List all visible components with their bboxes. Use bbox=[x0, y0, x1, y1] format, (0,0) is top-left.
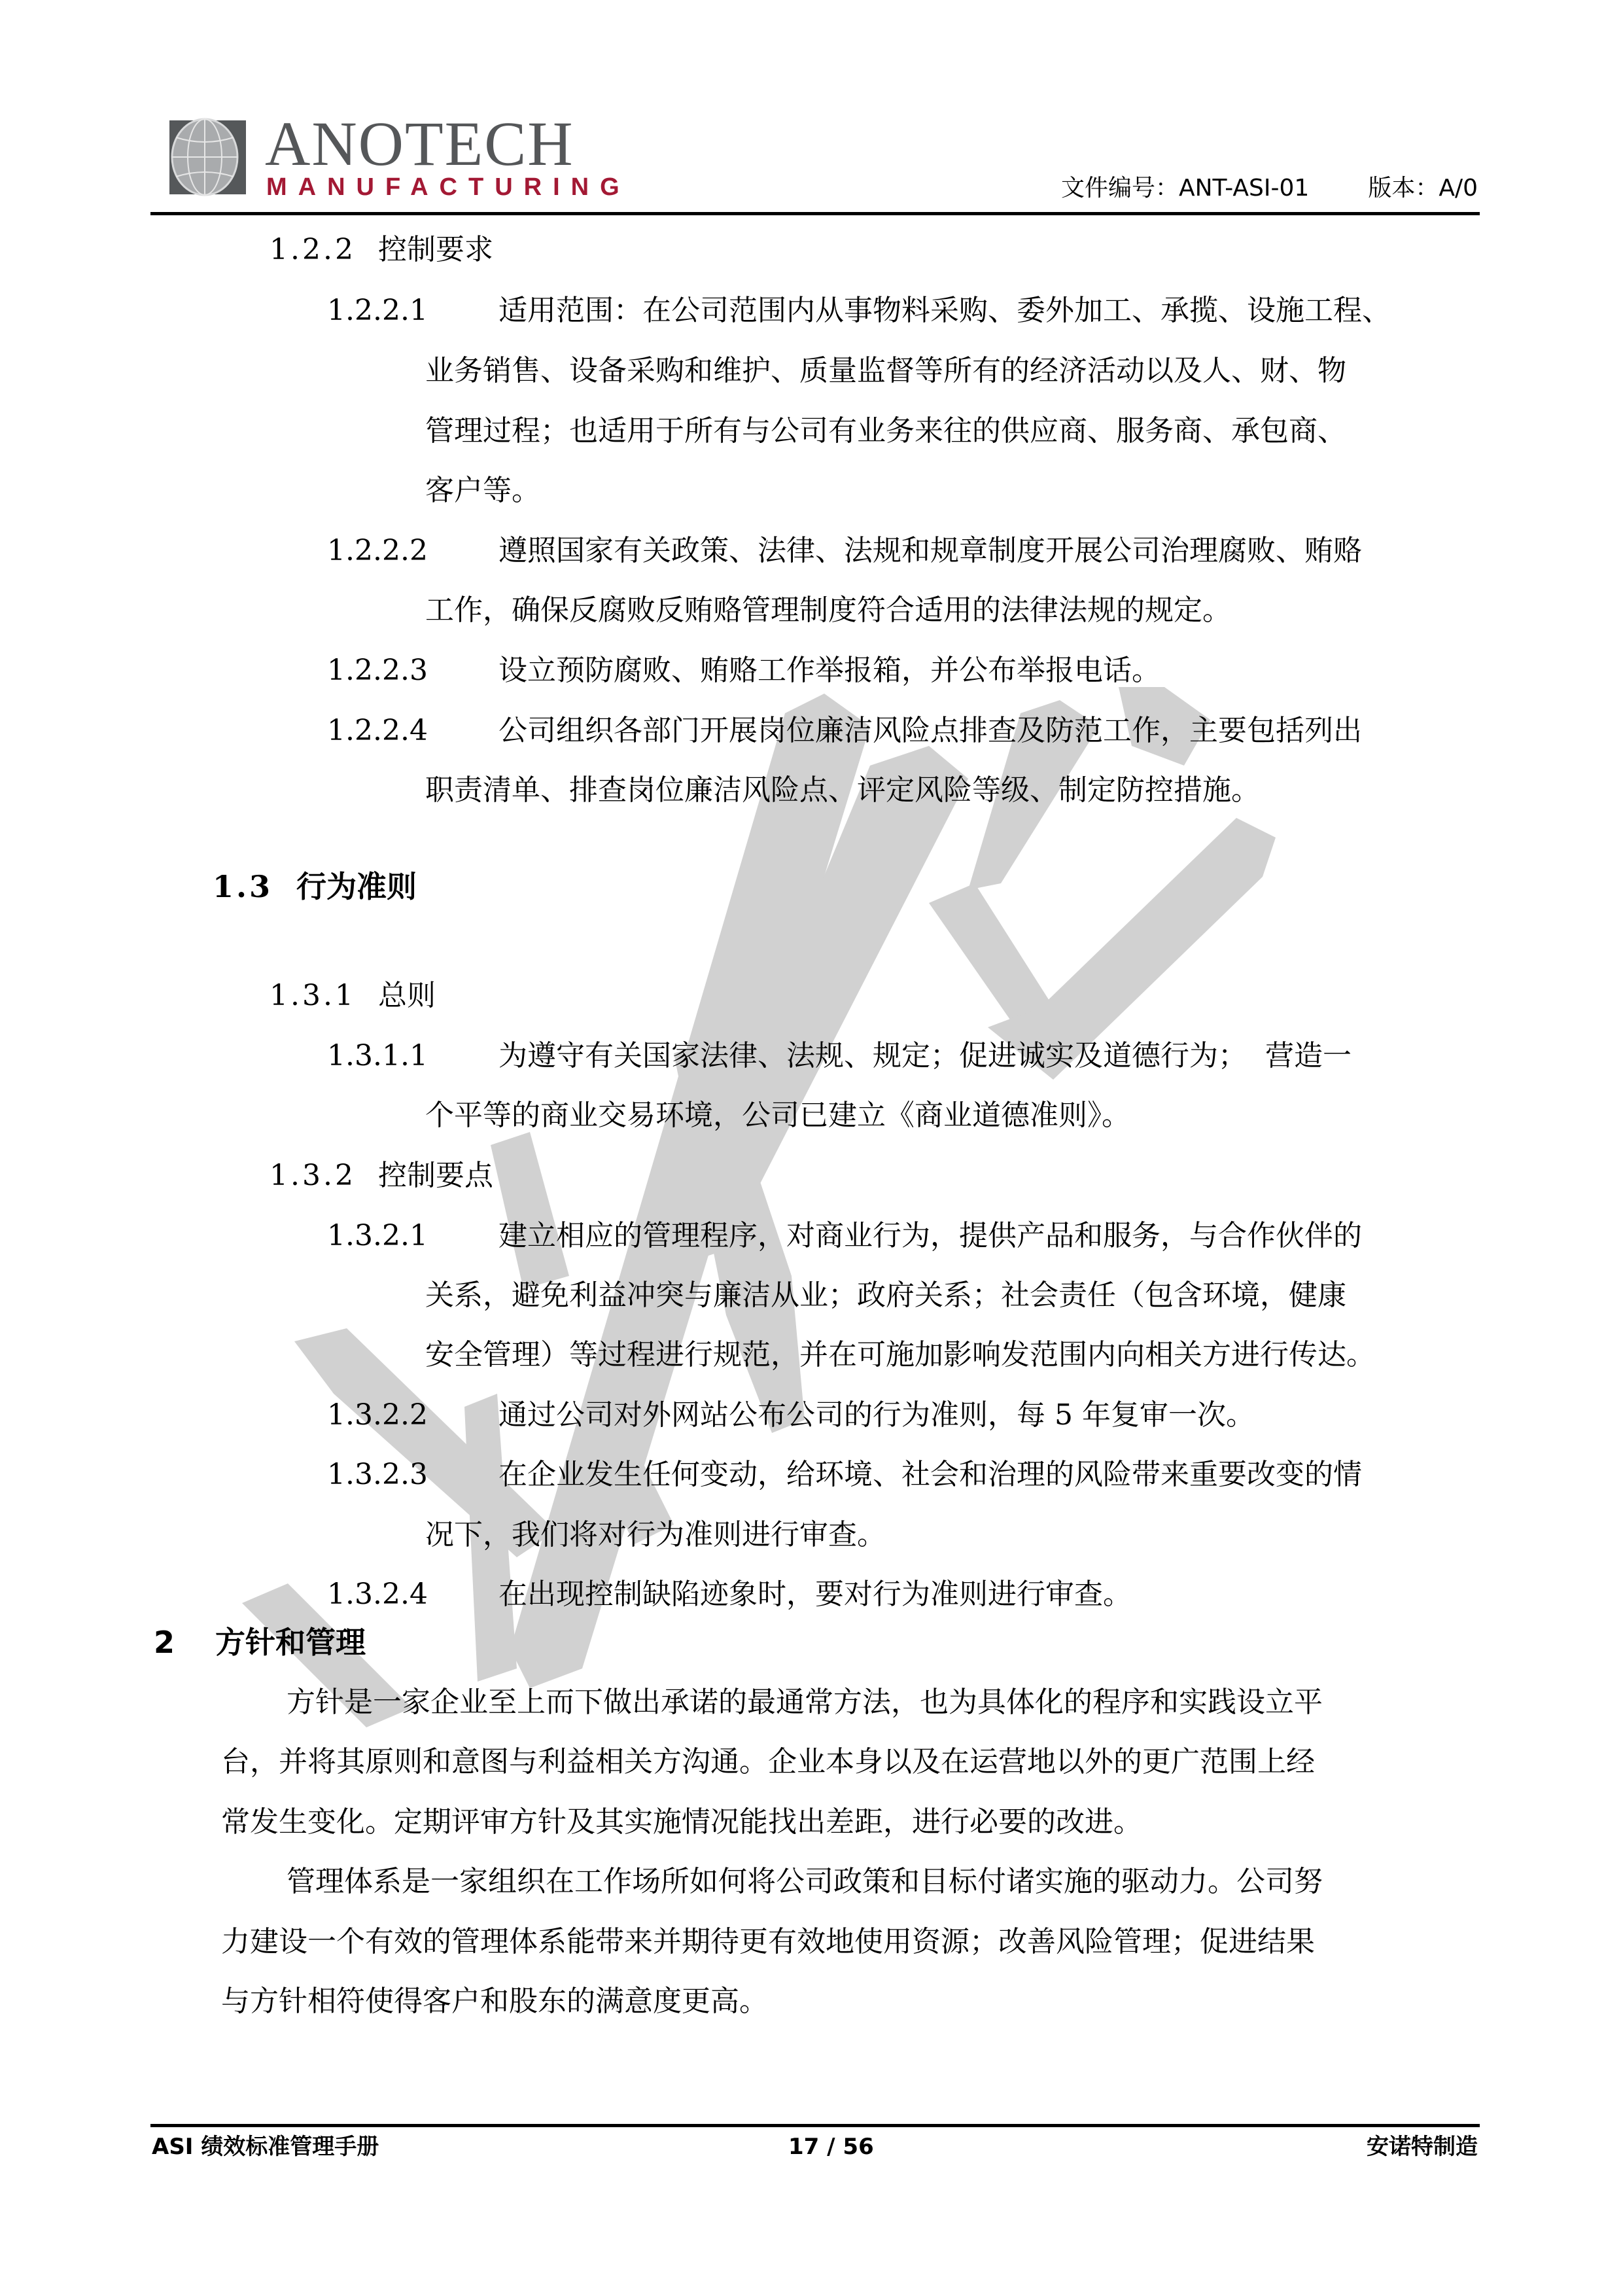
item-num-1-2-2-4: 1.2.2.4 bbox=[327, 711, 428, 751]
item-1-3-2-3-line-2: 况下，我们将对行为准则进行审查。 bbox=[425, 1515, 886, 1555]
para-2-2-line-3: 与方针相符使得客户和股东的满意度更高。 bbox=[221, 1982, 768, 2021]
item-1-3-2-3-line-1: 在企业发生任何变动，给环境、社会和治理的风险带来重要改变的情 bbox=[498, 1455, 1362, 1494]
version-value: A/0 bbox=[1439, 175, 1478, 202]
footer-company: 安诺特制造 bbox=[1367, 2133, 1478, 2161]
item-1-2-2-3-line-1: 设立预防腐败、贿赂工作举报箱，并公布举报电话。 bbox=[498, 651, 1161, 690]
logo-name: ANOTECH bbox=[265, 111, 574, 177]
company-logo: ANOTECH MANUFACTURING bbox=[167, 116, 572, 202]
item-num-1-3-1-1: 1.3.1.1 bbox=[327, 1036, 428, 1076]
item-num-1-2-2-1: 1.2.2.1 bbox=[327, 291, 428, 330]
item-1-2-2-1-line-4: 客户等。 bbox=[425, 471, 540, 510]
footer-divider bbox=[150, 2124, 1480, 2127]
doc-number: ANT-ASI-01 bbox=[1179, 175, 1309, 202]
item-num-1-3-2-3: 1.3.2.3 bbox=[327, 1455, 428, 1494]
item-1-3-2-1-line-3: 安全管理）等过程进行规范，并在可施加影响发范围内向相关方进行传达。 bbox=[425, 1335, 1375, 1375]
heading-1-3-2: 1.3.2控制要点 bbox=[270, 1156, 493, 1195]
item-num-1-2-2-2: 1.2.2.2 bbox=[327, 531, 428, 571]
heading-2: 2方针和管理 bbox=[154, 1623, 366, 1662]
footer-page-number: 17 / 56 bbox=[788, 2133, 874, 2161]
heading-1-3: 1.3行为准则 bbox=[213, 867, 417, 906]
item-1-3-1-1-line-1: 为遵守有关国家法律、法规、规定；促进诚实及道德行为； 营造一 bbox=[498, 1036, 1352, 1076]
document-meta: 文件编号：ANT-ASI-01版本：A/0 bbox=[1061, 174, 1478, 203]
item-1-3-2-2-line-1: 通过公司对外网站公布公司的行为准则，每 5 年复审一次。 bbox=[498, 1396, 1255, 1435]
item-1-2-2-2-line-1: 遵照国家有关政策、法律、法规和规章制度开展公司治理腐败、贿赂 bbox=[498, 531, 1362, 571]
para-2-1-line-1: 方针是一家企业至上而下做出承诺的最通常方法，也为具体化的程序和实践设立平 bbox=[287, 1683, 1323, 1722]
logo-subtitle: MANUFACTURING bbox=[266, 174, 631, 200]
item-1-2-2-4-line-2: 职责清单、排查岗位廉洁风险点、评定风险等级、制定防控措施。 bbox=[425, 771, 1260, 810]
item-1-3-1-1-line-2: 个平等的商业交易环境，公司已建立《商业道德准则》。 bbox=[425, 1096, 1130, 1135]
para-2-1-line-3: 常发生变化。定期评审方针及其实施情况能找出差距，进行必要的改进。 bbox=[221, 1803, 1142, 1842]
item-1-2-2-4-line-1: 公司组织各部门开展岗位廉洁风险点排查及防范工作，主要包括列出 bbox=[498, 711, 1362, 751]
item-1-2-2-1-line-3: 管理过程；也适用于所有与公司有业务来往的供应商、服务商、承包商、 bbox=[425, 412, 1346, 451]
version-label: 版本： bbox=[1368, 175, 1439, 202]
doc-number-label: 文件编号： bbox=[1061, 175, 1179, 202]
para-2-2-line-1: 管理体系是一家组织在工作场所如何将公司政策和目标付诸实施的驱动力。公司努 bbox=[287, 1862, 1323, 1901]
item-1-2-2-2-line-2: 工作，确保反腐败反贿赂管理制度符合适用的法律法规的规定。 bbox=[425, 591, 1231, 630]
item-num-1-3-2-4: 1.3.2.4 bbox=[327, 1575, 428, 1614]
item-num-1-3-2-1: 1.3.2.1 bbox=[327, 1216, 428, 1256]
item-1-2-2-1-line-1: 适用范围：在公司范围内从事物料采购、委外加工、承揽、设施工程、 bbox=[498, 291, 1391, 330]
item-1-3-2-1-line-2: 关系，避免利益冲突与廉洁从业；政府关系；社会责任（包含环境，健康 bbox=[425, 1276, 1346, 1315]
footer-manual-title: ASI 绩效标准管理手册 bbox=[152, 2133, 379, 2161]
para-2-1-line-2: 台，并将其原则和意图与利益相关方沟通。企业本身以及在运营地以外的更广范围上经 bbox=[221, 1742, 1315, 1782]
document-page: ANOTECH MANUFACTURING 文件编号：ANT-ASI-01版本：… bbox=[0, 0, 1623, 2296]
heading-1-3-1: 1.3.1总则 bbox=[270, 976, 436, 1016]
item-1-2-2-1-line-2: 业务销售、设备采购和维护、质量监督等所有的经济活动以及人、财、物 bbox=[425, 351, 1346, 391]
para-2-2-line-2: 力建设一个有效的管理体系能带来并期待更有效地使用资源；改善风险管理；促进结果 bbox=[221, 1922, 1315, 1962]
item-1-3-2-4-line-1: 在出现控制缺陷迹象时，要对行为准则进行审查。 bbox=[498, 1575, 1132, 1614]
item-num-1-3-2-2: 1.3.2.2 bbox=[327, 1396, 428, 1435]
globe-logo-icon bbox=[167, 116, 249, 198]
item-1-3-2-1-line-1: 建立相应的管理程序，对商业行为，提供产品和服务，与合作伙伴的 bbox=[498, 1216, 1362, 1256]
header-divider bbox=[150, 212, 1480, 215]
item-num-1-2-2-3: 1.2.2.3 bbox=[327, 651, 428, 690]
heading-1-2-2: 1.2.2控制要求 bbox=[270, 230, 493, 270]
